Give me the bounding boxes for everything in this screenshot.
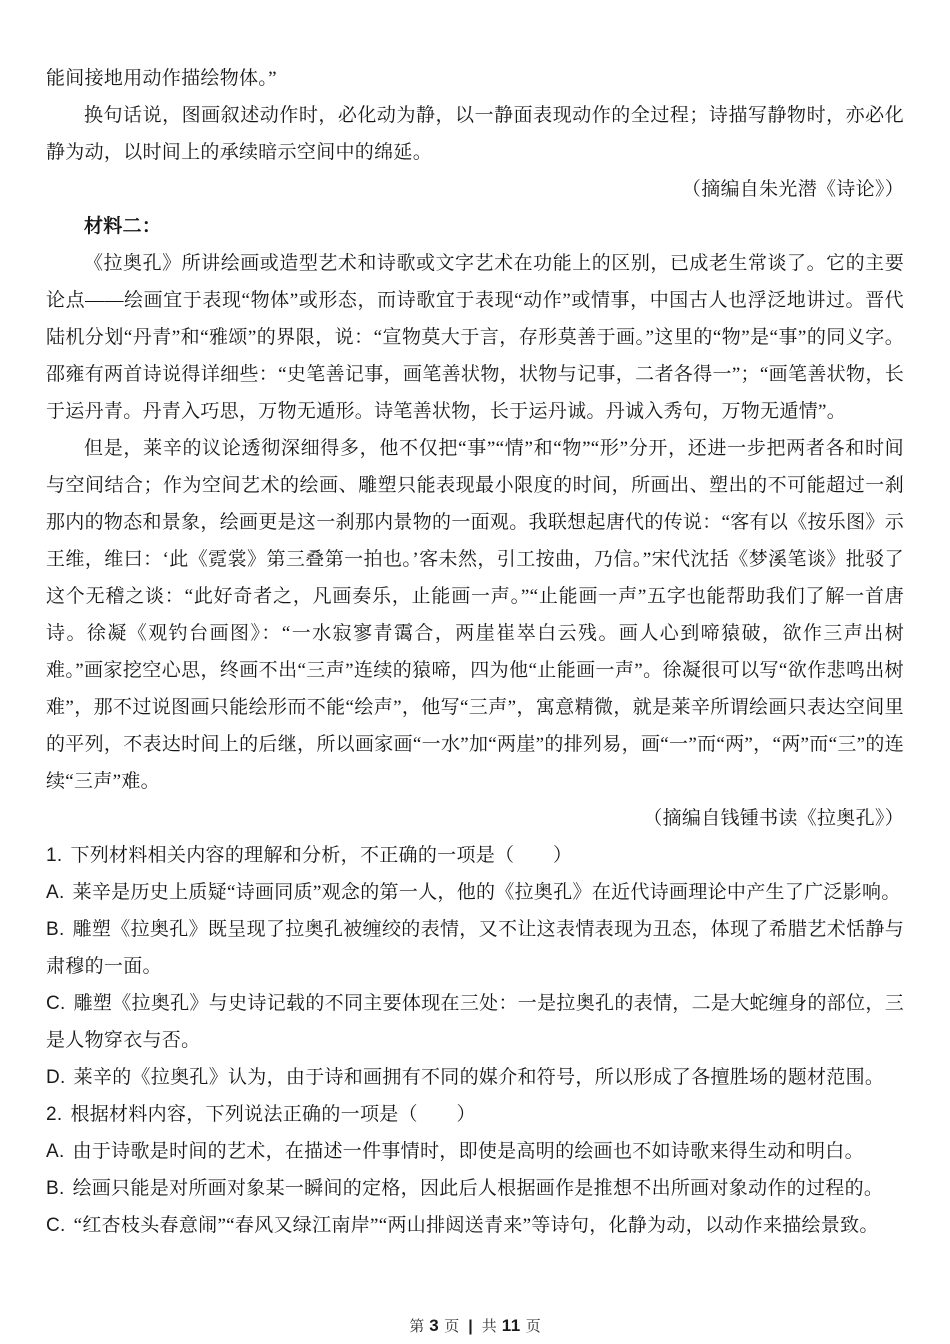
question-1-option-a-text: 莱辛是历史上质疑“诗画同质”观念的第一人，他的《拉奥孔》在近代诗画理论中产生了广… bbox=[73, 882, 901, 903]
page-footer: 第3页|共11页 bbox=[0, 1315, 950, 1336]
document-body: 能间接地用动作描绘物体。” 换句话说，图画叙述动作时，必化动为静，以一静面表现动… bbox=[46, 60, 904, 1244]
question-1: 1.下列材料相关内容的理解和分析，不正确的一项是（ ） A.莱辛是历史上质疑“诗… bbox=[46, 837, 904, 1096]
question-2-option-a-text: 由于诗歌是时间的艺术，在描述一件事情时，即使是高明的绘画也不如诗歌来得生动和明白… bbox=[73, 1141, 864, 1162]
question-2-option-b-text: 绘画只能是对所画对象某一瞬间的定格，因此后人根据画作是推想不出所画对象动作的过程… bbox=[73, 1178, 884, 1199]
material2-attribution: （摘编自钱锺书读《拉奥孔》） bbox=[46, 800, 904, 837]
material1-paragraph: 换句话说，图画叙述动作时，必化动为静，以一静面表现动作的全过程；诗描写静物时，亦… bbox=[46, 97, 904, 171]
question-2-option-b: B.绘画只能是对所画对象某一瞬间的定格，因此后人根据画作是推想不出所画对象动作的… bbox=[46, 1170, 904, 1207]
material2-heading: 材料二： bbox=[46, 208, 904, 245]
question-1-option-d-label: D. bbox=[46, 1067, 66, 1088]
footer-total-prefix: 共 bbox=[482, 1319, 497, 1335]
document-page: 能间接地用动作描绘物体。” 换句话说，图画叙述动作时，必化动为静，以一静面表现动… bbox=[0, 0, 950, 1344]
material2-paragraph-1: 《拉奥孔》所讲绘画或造型艺术和诗歌或文字艺术在功能上的区别，已成老生常谈了。它的… bbox=[46, 245, 904, 430]
material1-attribution: （摘编自朱光潜《诗论》） bbox=[46, 171, 904, 208]
question-1-option-c-label: C. bbox=[46, 993, 66, 1014]
question-2-option-c: C.“红杏枝头春意闹”“春风又绿江南岸”“两山排闼送青来”等诗句，化静为动，以动… bbox=[46, 1207, 904, 1244]
question-1-option-b: B.雕塑《拉奥孔》既呈现了拉奥孔被缠绞的表情，又不让这表情表现为丑态，体现了希腊… bbox=[46, 911, 904, 985]
question-2-option-b-label: B. bbox=[46, 1178, 65, 1199]
question-1-option-a: A.莱辛是历史上质疑“诗画同质”观念的第一人，他的《拉奥孔》在近代诗画理论中产生… bbox=[46, 874, 904, 911]
question-1-option-d: D.莱辛的《拉奥孔》认为，由于诗和画拥有不同的媒介和符号，所以形成了各擅胜场的题… bbox=[46, 1059, 904, 1096]
material1-tail-line: 能间接地用动作描绘物体。” bbox=[46, 60, 904, 97]
question-1-option-c-text: 雕塑《拉奥孔》与史诗记载的不同主要体现在三处：一是拉奥孔的表情，二是大蛇缠身的部… bbox=[46, 993, 904, 1051]
question-1-option-c: C.雕塑《拉奥孔》与史诗记载的不同主要体现在三处：一是拉奥孔的表情，二是大蛇缠身… bbox=[46, 985, 904, 1059]
question-1-option-d-text: 莱辛的《拉奥孔》认为，由于诗和画拥有不同的媒介和符号，所以形成了各擅胜场的题材范… bbox=[74, 1067, 885, 1088]
question-1-number: 1. bbox=[46, 845, 62, 866]
question-2-option-a: A.由于诗歌是时间的艺术，在描述一件事情时，即使是高明的绘画也不如诗歌来得生动和… bbox=[46, 1133, 904, 1170]
question-2-number: 2. bbox=[46, 1104, 62, 1125]
footer-page-number: 3 bbox=[429, 1316, 439, 1335]
footer-page-prefix: 第 bbox=[409, 1319, 424, 1335]
question-1-option-b-text: 雕塑《拉奥孔》既呈现了拉奥孔被缠绞的表情，又不让这表情表现为丑态，体现了希腊艺术… bbox=[46, 919, 904, 977]
question-2: 2.根据材料内容，下列说法正确的一项是（ ） A.由于诗歌是时间的艺术，在描述一… bbox=[46, 1096, 904, 1244]
question-1-stem: 1.下列材料相关内容的理解和分析，不正确的一项是（ ） bbox=[46, 837, 904, 874]
question-2-option-c-text: “红杏枝头春意闹”“春风又绿江南岸”“两山排闼送青来”等诗句，化静为动，以动作来… bbox=[74, 1215, 879, 1236]
material2-paragraph-2: 但是，莱辛的议论透彻深细得多，他不仅把“事”“情”和“物”“形”分开，还进一步把… bbox=[46, 430, 904, 800]
footer-separator: | bbox=[468, 1318, 472, 1335]
question-2-stem: 2.根据材料内容，下列说法正确的一项是（ ） bbox=[46, 1096, 904, 1133]
question-1-option-b-label: B. bbox=[46, 919, 65, 940]
question-2-option-a-label: A. bbox=[46, 1141, 65, 1162]
footer-page-unit: 页 bbox=[444, 1319, 459, 1335]
footer-total-number: 11 bbox=[502, 1316, 521, 1335]
question-2-stem-text: 根据材料内容，下列说法正确的一项是（ ） bbox=[70, 1104, 475, 1125]
footer-total-unit: 页 bbox=[526, 1319, 541, 1335]
question-2-option-c-label: C. bbox=[46, 1215, 66, 1236]
question-1-option-a-label: A. bbox=[46, 882, 65, 903]
question-1-stem-text: 下列材料相关内容的理解和分析，不正确的一项是（ ） bbox=[70, 845, 572, 866]
